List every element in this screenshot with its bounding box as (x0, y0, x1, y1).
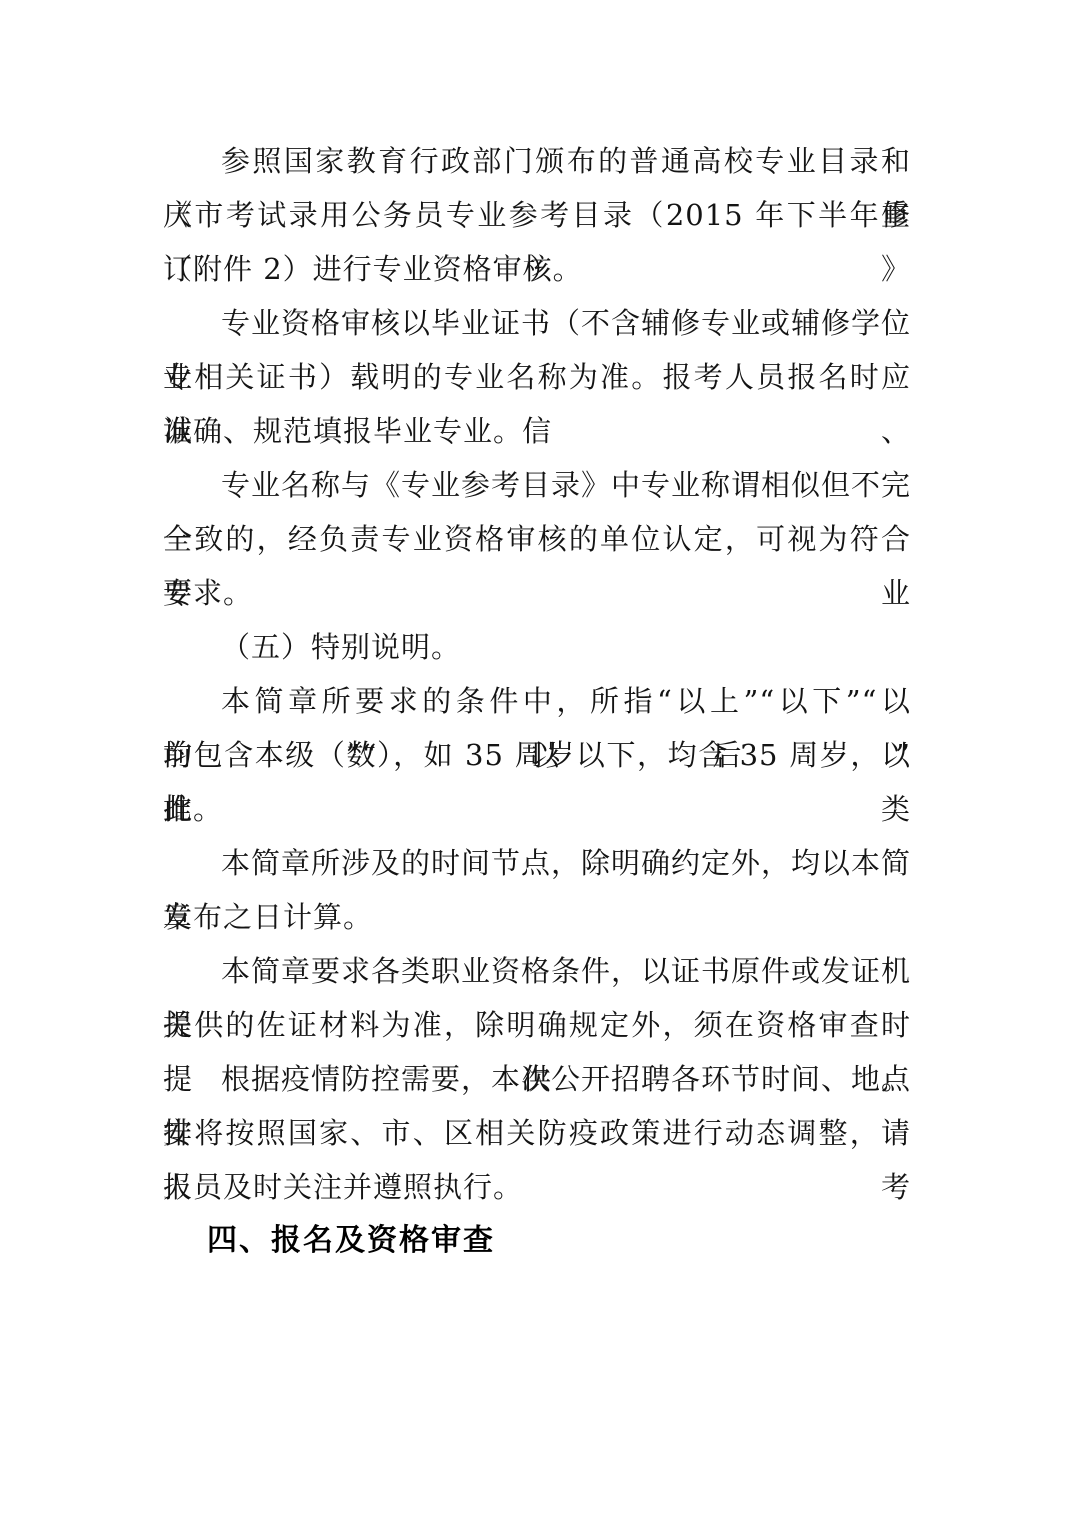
paragraph-certificate-rule: 本简章要求各类职业资格条件，以证书原件或发证机关 提供的佐证材料为准，除明确规定… (163, 944, 911, 1052)
text-line: 均包含本级（数），如 35 周岁以下，均含 35 周岁，以此类 (163, 728, 911, 782)
text-line: 专业名称与《专业参考目录》中专业称谓相似但不完全 (163, 458, 911, 512)
paragraph-diploma-review: 专业资格审核以毕业证书（不含辅修专业或辅修学位专 业相关证书）载明的专业名称为准… (163, 296, 911, 458)
paragraph-epidemic-adjustment: 根据疫情防控需要，本次公开招聘各环节时间、地点安 排将按照国家、市、区相关防疫政… (163, 1052, 911, 1214)
text-line: 根据疫情防控需要，本次公开招聘各环节时间、地点安 (163, 1052, 911, 1106)
paragraph-time-node-rule: 本简章所涉及的时间节点，除明确约定外，均以本简章 发布之日计算。 (163, 836, 911, 944)
document-body: 参照国家教育行政部门颁布的普通高校专业目录和《重 庆市考试录用公务员专业参考目录… (163, 134, 911, 1268)
text-line: 庆市考试录用公务员专业参考目录（2015 年下半年修订）》 (163, 188, 911, 242)
text-line: （五）特别说明。 (163, 620, 911, 674)
paragraph-special-notes-title: （五）特别说明。 (163, 620, 911, 674)
text-line: 参照国家教育行政部门颁布的普通高校专业目录和《重 (163, 134, 911, 188)
paragraph-professional-catalog: 参照国家教育行政部门颁布的普通高校专业目录和《重 庆市考试录用公务员专业参考目录… (163, 134, 911, 296)
text-line: 排将按照国家、市、区相关防疫政策进行动态调整，请报考 (163, 1106, 911, 1160)
text-line: 提供的佐证材料为准，除明确规定外，须在资格审查时提供。 (163, 998, 911, 1052)
paragraph-age-inclusion-rule: 本简章所要求的条件中，所指“以上”“以下”“以前”“以后” 均包含本级（数），如… (163, 674, 911, 836)
document-page: 参照国家教育行政部门颁布的普通高校专业目录和《重 庆市考试录用公务员专业参考目录… (0, 0, 1074, 1520)
text-line: 本简章所涉及的时间节点，除明确约定外，均以本简章 (163, 836, 911, 890)
paragraph-similar-major-names: 专业名称与《专业参考目录》中专业称谓相似但不完全 一致的，经负责专业资格审核的单… (163, 458, 911, 620)
text-line: 业相关证书）载明的专业名称为准。报考人员报名时应诚信、 (163, 350, 911, 404)
text-line: 本简章所要求的条件中，所指“以上”“以下”“以前”“以后” (163, 674, 911, 728)
text-line: 本简章要求各类职业资格条件，以证书原件或发证机关 (163, 944, 911, 998)
text-line: 发布之日计算。 (163, 890, 911, 944)
text-line: 一致的，经负责专业资格审核的单位认定，可视为符合专业 (163, 512, 911, 566)
text-line: 专业资格审核以毕业证书（不含辅修专业或辅修学位专 (163, 296, 911, 350)
section-heading: 四、报名及资格审查 (163, 1214, 911, 1268)
section-heading-registration: 四、报名及资格审查 (163, 1214, 911, 1268)
